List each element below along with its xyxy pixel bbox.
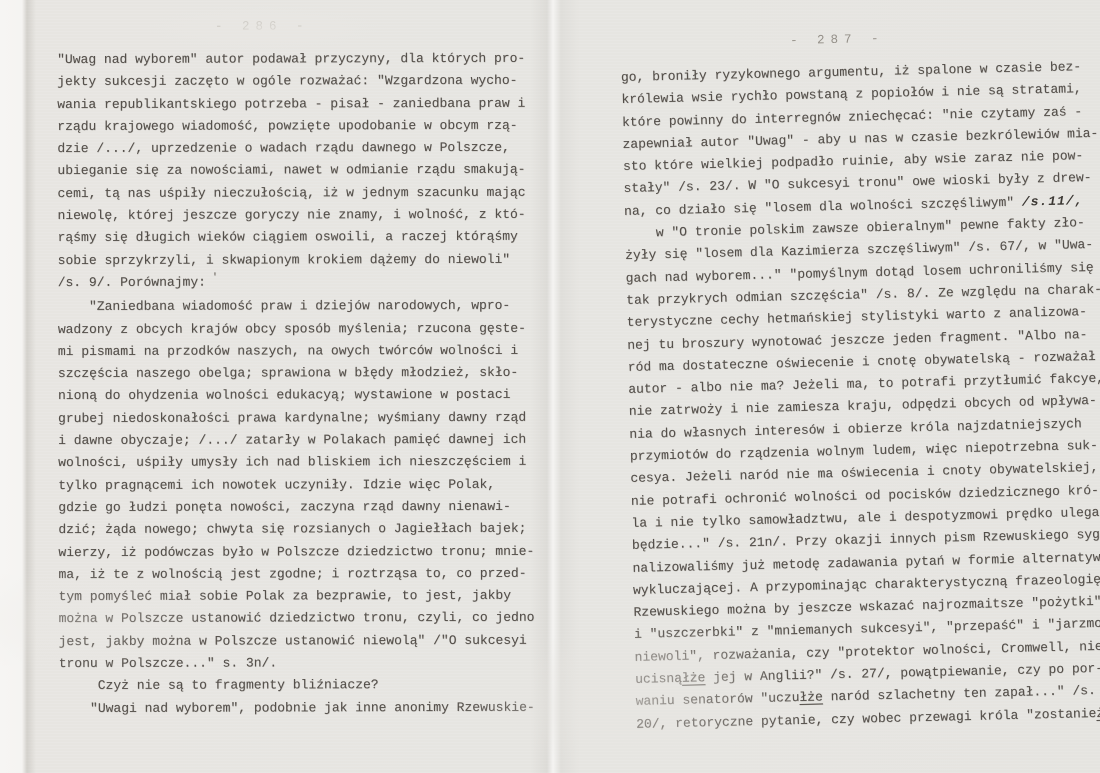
right-page-text: go, broniły ryzykownego argumentu, iż sp… <box>621 55 1100 736</box>
text-segment: wadzony z obcych krajów obcy sposób myśl… <box>58 320 526 336</box>
page-number-right: - 287 - <box>790 32 885 48</box>
text-line: można w Polszcze ustanowić dziedzictwo t… <box>59 607 559 631</box>
text-segment: wierzy, iż podówczas było w Polszcze dzi… <box>58 543 534 559</box>
right-page: - 287 - go, broniły ryzykownego argument… <box>620 26 1100 38</box>
text-line: /s. 9/. Porównajmy: ' <box>58 271 558 297</box>
text-segment: tylko pragnącemi ich nowotek uczyniły. I… <box>58 476 495 492</box>
text-segment: waniu senatorów "uczu <box>635 690 799 709</box>
text-line: tylko pragnącemi ich nowotek uczyniły. I… <box>58 473 558 497</box>
text-segment: nioną do ohydzenia wolności edukacyą; wy… <box>58 387 511 403</box>
text-line: szczęścia naszego obelga; sprawiona w bł… <box>58 362 558 386</box>
text-segment: wania republikantskiego potrzeba - pisał… <box>57 95 525 111</box>
left-page-text: "Uwag nad wyborem" autor podawał przyczy… <box>57 48 559 720</box>
text-line: mi pismami na przodków naszych, na owych… <box>58 340 558 364</box>
text-segment: i dawne obyczaje; /.../ zatarły w Polaka… <box>58 432 526 448</box>
text-segment: jekty sukcesji zaczęto w ogóle rozważać:… <box>57 73 517 89</box>
text-segment: grubej niedoskonałości prawa kardynalne;… <box>58 410 526 426</box>
text-segment: Czyż nie są to fragmenty bliźniacze? <box>59 677 379 693</box>
text-segment: rządu krajowego wiadomość, powzięte upod… <box>57 118 517 134</box>
text-segment: szczęścia naszego obelga; sprawiona w bł… <box>58 365 518 381</box>
text-line: grubej niedoskonałości prawa kardynalne;… <box>58 406 558 430</box>
text-segment: mi pismami na przodków naszych, na owych… <box>58 343 518 359</box>
text-segment: gdzie go łudzi ponęta nowości, zaczyna r… <box>58 499 511 515</box>
text-line: gdzie go łudzi ponęta nowości, zaczyna r… <box>58 496 558 520</box>
left-page: - 286 - "Uwag nad wyborem" autor podawał… <box>57 19 557 20</box>
text-segment: tym pomyśleć miał sobie Polak za bezpraw… <box>58 588 511 604</box>
handwritten-page-ref: /s.11/, <box>1022 193 1084 209</box>
text-line: sobie sprzykrzyli, i skwapionym krokiem … <box>58 248 558 272</box>
text-line: jekty sukcesji zaczęto w ogóle rozważać:… <box>57 70 557 94</box>
text-line: niewolę, której jeszcze goryczy nie znam… <box>57 204 557 228</box>
text-line: "Zaniedbana wiadomość praw i dziejów nar… <box>58 295 558 319</box>
text-line: wierzy, iż podówczas było w Polszcze dzi… <box>58 540 558 564</box>
text-line: rządu krajowego wiadomość, powzięte upod… <box>57 115 557 139</box>
text-segment: dzie /.../, uprzedzenie o wadach rządu d… <box>57 140 510 156</box>
text-segment: "Uwagi nad wyborem", podobnie jak inne a… <box>59 699 535 715</box>
text-line: dzić; żąda nowego; chwyta się rozsianych… <box>58 518 558 542</box>
text-segment: ucisną <box>635 671 682 687</box>
text-segment: cemi, tą nas uśpiły nieczułością, iż w j… <box>57 185 525 201</box>
underlined-word: ż <box>1096 705 1100 720</box>
text-line: wania republikantskiego potrzeba - pisał… <box>57 92 557 116</box>
text-segment: rąśmy się długich wieków ciągiem oswoili… <box>58 229 518 245</box>
text-line: ma, iż te z wolnością jest zgodne; i roz… <box>58 563 558 587</box>
text-segment: sobie sprzykrzyli, i skwapionym krokiem … <box>58 251 511 267</box>
page-number-left: - 286 - <box>215 19 310 33</box>
text-line: tronu w Polszcze..." s. 3n/. <box>59 652 559 676</box>
underlined-word: łże <box>682 670 706 686</box>
text-segment: tronu w Polszcze..." s. 3n/. <box>59 655 277 671</box>
handwritten-tick-mark: ' <box>206 268 218 290</box>
text-line: "Uwagi nad wyborem", podobnie jak inne a… <box>59 696 559 720</box>
text-line: "Uwag nad wyborem" autor podawał przyczy… <box>57 48 557 72</box>
text-line: jest, jakby można w Polszcze ustanowić n… <box>59 629 559 653</box>
text-line: ubieganie się za nowościami, nawet w odm… <box>57 159 557 183</box>
text-segment: niewolę, której jeszcze goryczy nie znam… <box>57 207 525 223</box>
text-line: wadzony z obcych krajów obcy sposób myśl… <box>58 317 558 341</box>
text-line: cemi, tą nas uśpiły nieczułością, iż w j… <box>57 181 557 205</box>
text-line: wolności, uśpiły umysły ich nad bliskiem… <box>58 451 558 475</box>
text-line: rąśmy się długich wieków ciągiem oswoili… <box>58 226 558 250</box>
text-segment: naród szlachetny ten zapał..." /s. <box>823 683 1096 704</box>
text-line: tym pomyśleć miał sobie Polak za bezpraw… <box>58 585 558 609</box>
text-segment: "Uwag nad wyborem" autor podawał przyczy… <box>57 51 525 67</box>
text-line: Czyż nie są to fragmenty bliźniacze? <box>59 674 559 698</box>
text-segment: "Zaniedbana wiadomość praw i dziejów nar… <box>58 298 511 314</box>
text-segment: można w Polszcze ustanowić dziedzictwo t… <box>59 610 535 626</box>
text-line: i dawne obyczaje; /.../ zatarły w Polaka… <box>58 429 558 453</box>
text-segment: ubieganie się za nowościami, nawet w odm… <box>57 162 525 178</box>
underlined-word: łże <box>799 690 823 706</box>
text-segment: dzić; żąda nowego; chwyta się rozsianych… <box>58 521 526 537</box>
text-line: dzie /.../, uprzedzenie o wadach rządu d… <box>57 137 557 161</box>
text-line: nioną do ohydzenia wolności edukacyą; wy… <box>58 384 558 408</box>
text-segment: ma, iż te z wolnością jest zgodne; i roz… <box>58 566 526 582</box>
text-segment: /s. 9/. Porównajmy: <box>58 275 206 290</box>
text-segment: jest, jakby można w Polszcze ustanowić n… <box>59 632 527 648</box>
book-scan-spread: { "colors": { "paper": "#e9e7e3", "paper… <box>0 0 1100 773</box>
text-segment: wolności, uśpiły umysły ich nad bliskiem… <box>58 454 526 470</box>
